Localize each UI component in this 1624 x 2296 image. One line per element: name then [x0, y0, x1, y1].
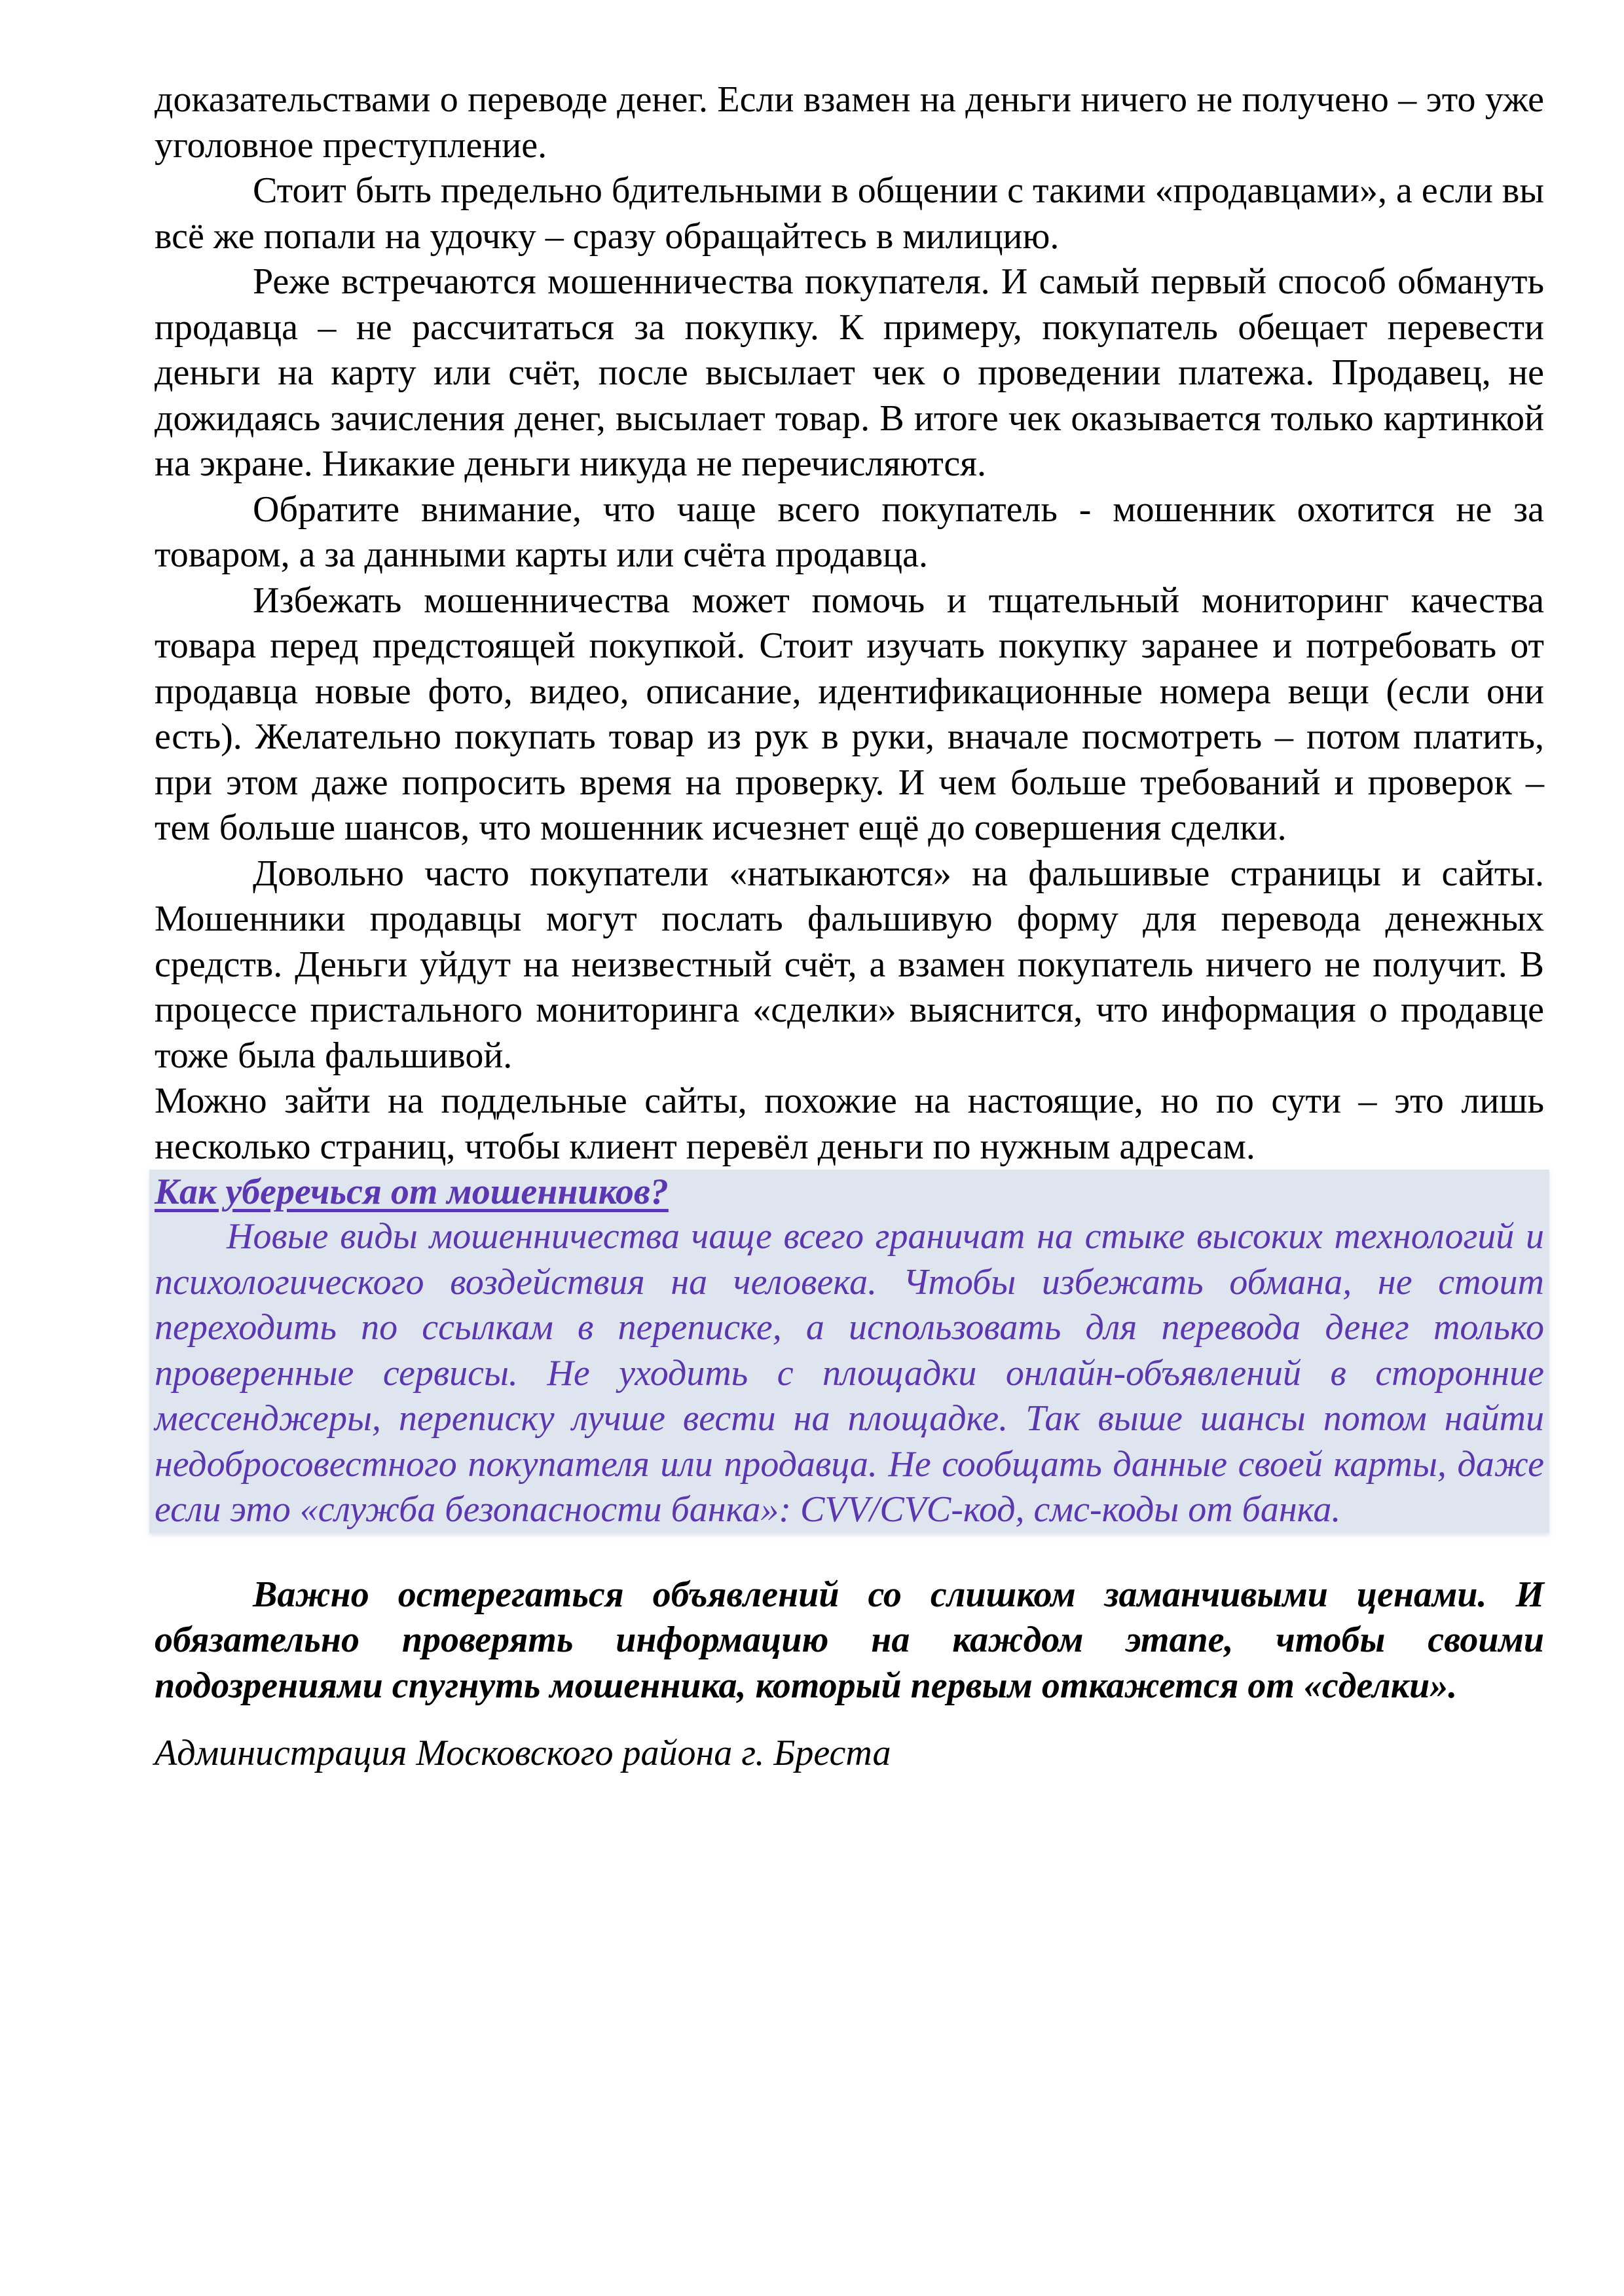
tip-box-text: Новые виды мошенничества чаще всего гран…: [155, 1214, 1544, 1533]
document-page: доказательствами о переводе денег. Если …: [155, 77, 1544, 1777]
paragraph-1: доказательствами о переводе денег. Если …: [155, 77, 1544, 168]
paragraph-4: Обратите внимание, что чаще всего покупа…: [155, 487, 1544, 578]
tip-box: Как уберечься от мошенников? Новые виды …: [149, 1170, 1549, 1533]
tip-box-title: Как уберечься от мошенников?: [155, 1170, 1544, 1214]
signature: Администрация Московского района г. Брес…: [155, 1731, 1544, 1777]
paragraph-3: Реже встречаются мошенничества покупател…: [155, 259, 1544, 487]
warning-paragraph: Важно остерегаться объявлений со слишком…: [155, 1572, 1544, 1709]
paragraph-5: Избежать мошенничества может помочь и тщ…: [155, 578, 1544, 851]
paragraph-7: Можно зайти на поддельные сайты, похожие…: [155, 1079, 1544, 1170]
paragraph-2: Стоит быть предельно бдительными в общен…: [155, 168, 1544, 259]
paragraph-6: Довольно часто покупатели «натыкаются» н…: [155, 851, 1544, 1079]
